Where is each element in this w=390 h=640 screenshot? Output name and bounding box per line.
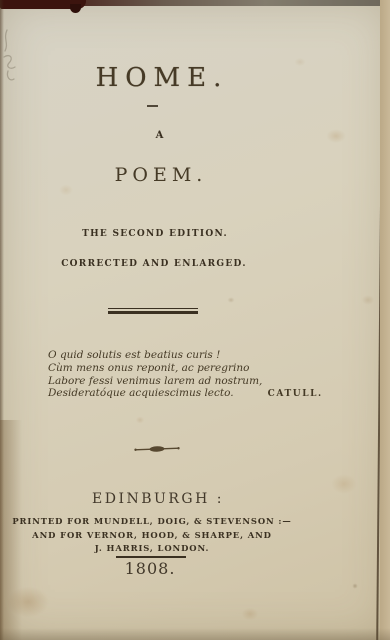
epigraph-line-text: Desideratóque acquiescimus lecto. (48, 387, 234, 399)
page-edge-notch (70, 4, 81, 13)
imprint-publisher-line: AND FOR VERNOR, HOOD, & SHARPE, AND (0, 529, 307, 543)
book-fore-edge (380, 0, 390, 640)
printers-rule-ornament (134, 442, 180, 456)
epigraph-attribution: CATULL. (268, 388, 323, 401)
subtitle-article: A (5, 130, 315, 141)
imprint-divider-rule (116, 556, 186, 558)
book-title: HOME. (7, 63, 317, 93)
double-rule (108, 308, 198, 316)
epigraph-line: Cùm mens onus reponit, ac peregrino (48, 362, 323, 375)
book-subtitle: POEM. (6, 164, 316, 186)
epigraph-line: O quid solutis est beatius curis ! (48, 349, 323, 362)
imprint-publisher-line: J. HARRIS, LONDON. (0, 542, 307, 556)
revision-statement: CORRECTED AND ENLARGED. (0, 259, 309, 269)
imprint-publisher-block: PRINTED FOR MUNDELL, DOIG, & STEVENSON :… (0, 515, 307, 556)
imprint-city: EDINBURGH : (3, 491, 313, 507)
imprint-publisher-line: PRINTED FOR MUNDELL, DOIG, & STEVENSON :… (0, 515, 307, 529)
epigraph-quote: O quid solutis est beatius curis ! Cùm m… (48, 349, 323, 401)
book-title-page-photo: HOME. A POEM. THE SECOND EDITION. CORREC… (0, 0, 390, 640)
edition-statement: THE SECOND EDITION. (0, 229, 310, 239)
epigraph-line: Labore fessi venimus larem ad nostrum, (48, 375, 323, 388)
page-bottom-shadow (0, 628, 390, 640)
epigraph-line: Desideratóque acquiescimus lecto.CATULL. (48, 387, 323, 401)
publication-year: 1808. (0, 559, 305, 578)
title-divider-rule (147, 105, 158, 107)
